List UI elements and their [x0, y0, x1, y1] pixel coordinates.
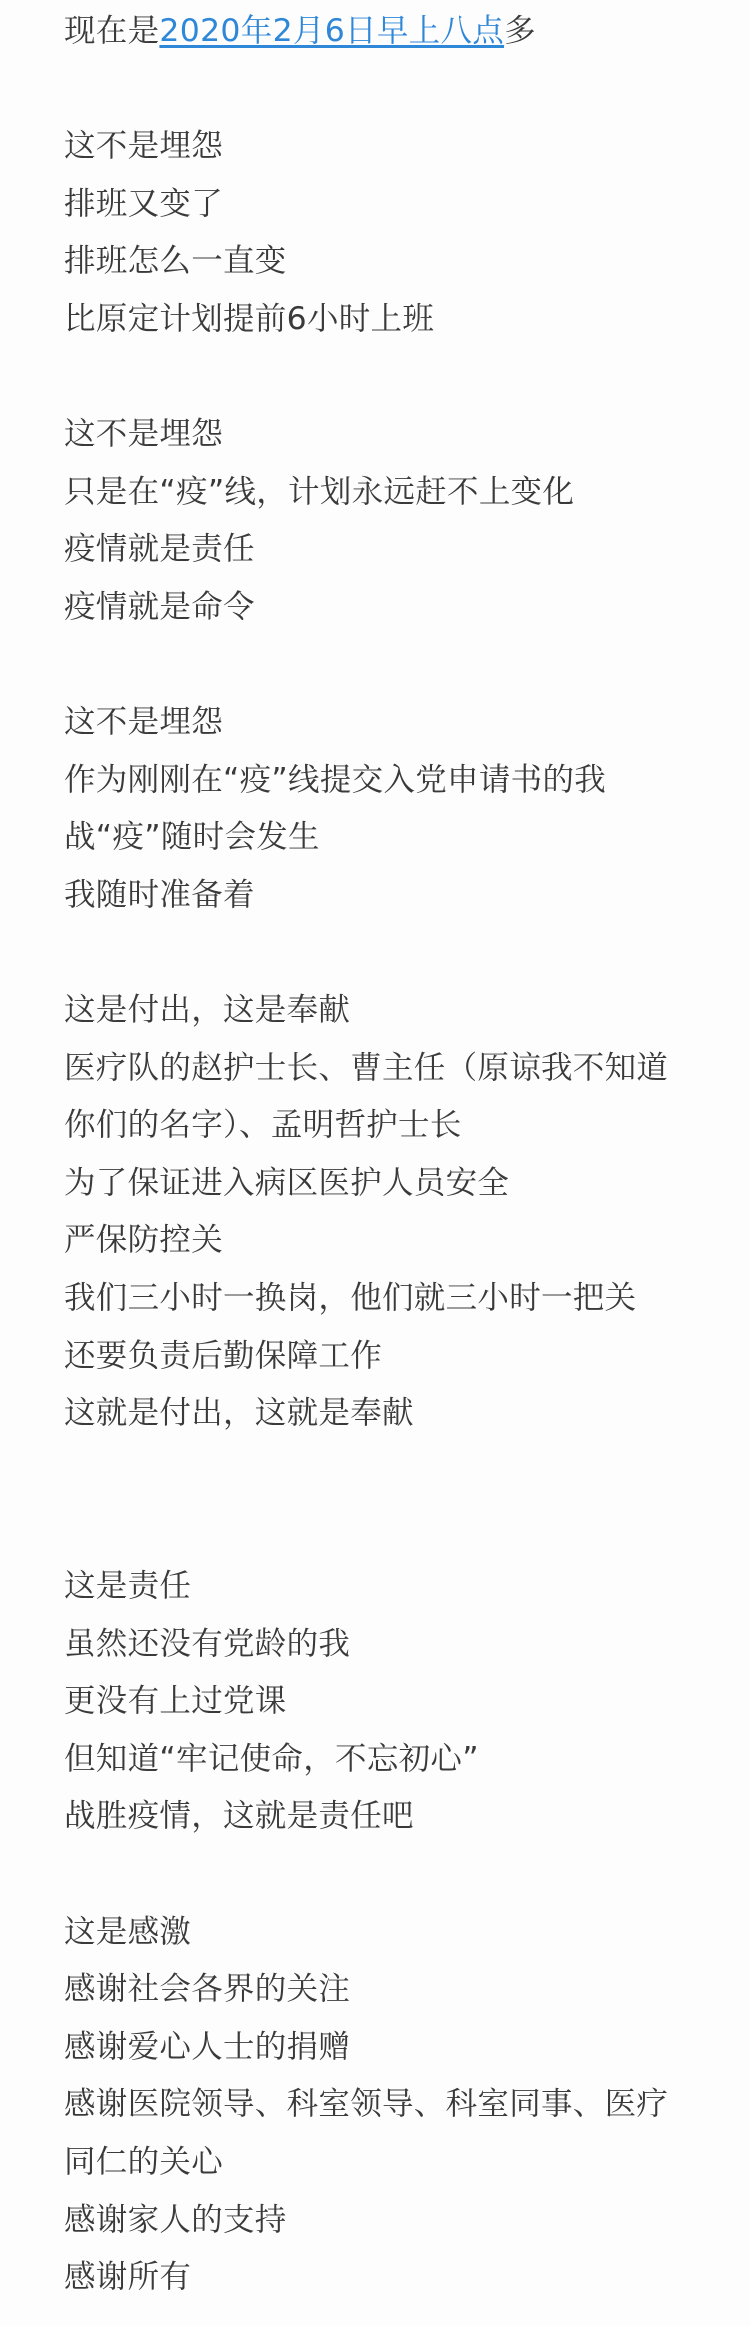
stanza-line: 这不是埋怨	[64, 406, 734, 464]
blank-line	[64, 925, 734, 983]
stanza-line: 虽然还没有党龄的我	[64, 1616, 734, 1674]
stanza-line: 感谢所有	[64, 2249, 734, 2307]
intro-suffix: 多	[504, 13, 536, 49]
stanza-5: 这是责任 虽然还没有党龄的我 更没有上过党课 但知道“牢记使命，不忘初心” 战胜…	[64, 1558, 734, 1846]
blank-line	[64, 637, 734, 695]
stanza-line: 疫情就是责任	[64, 521, 734, 579]
stanza-line: 只是在“疫”线，计划永远赶不上变化	[64, 464, 734, 522]
stanza-line: 作为刚刚在“疫”线提交入党申请书的我	[64, 752, 734, 810]
stanza-line: 这是付出，这是奉献	[64, 982, 734, 1040]
stanza-line: 感谢医院领导、科室领导、科室同事、医疗	[64, 2076, 734, 2134]
blank-line	[64, 349, 734, 407]
stanza-line: 感谢爱心人士的捐赠	[64, 2019, 734, 2077]
stanza-3: 这不是埋怨 作为刚刚在“疫”线提交入党申请书的我 战“疫”随时会发生 我随时准备…	[64, 694, 734, 924]
stanza-line: 我随时准备着	[64, 867, 734, 925]
intro-prefix: 现在是	[64, 13, 159, 49]
stanza-line: 这不是埋怨	[64, 694, 734, 752]
stanza-line: 严保防控关	[64, 1212, 734, 1270]
stanza-line: 你们的名字）、孟明哲护士长	[64, 1097, 734, 1155]
stanza-line: 我们三小时一换岗，他们就三小时一把关	[64, 1270, 734, 1328]
stanza-line: 这就是付出，这就是奉献	[64, 1385, 734, 1443]
stanza-line: 但知道“牢记使命，不忘初心”	[64, 1731, 734, 1789]
stanza-line: 战胜疫情，这就是责任吧	[64, 1788, 734, 1846]
stanza-line: 感谢家人的支持	[64, 2192, 734, 2250]
blank-line	[64, 1846, 734, 1904]
article-body: 现在是2020年2月6日早上八点多 这不是埋怨 排班又变了 排班怎么一直变 比原…	[64, 3, 734, 2307]
stanza-line: 还要负责后勤保障工作	[64, 1328, 734, 1386]
stanza-line: 更没有上过党课	[64, 1673, 734, 1731]
stanza-line: 战“疫”随时会发生	[64, 809, 734, 867]
blank-line	[64, 1443, 734, 1501]
stanza-6: 这是感激 感谢社会各界的关注 感谢爱心人士的捐赠 感谢医院领导、科室领导、科室同…	[64, 1904, 734, 2307]
stanza-line: 这是感激	[64, 1904, 734, 1962]
stanza-line: 疫情就是命令	[64, 579, 734, 637]
stanza-line: 医疗队的赵护士长、曹主任（原谅我不知道	[64, 1040, 734, 1098]
stanza-line: 比原定计划提前6小时上班	[64, 291, 734, 349]
stanza-1: 这不是埋怨 排班又变了 排班怎么一直变 比原定计划提前6小时上班	[64, 118, 734, 348]
stanza-line: 这是责任	[64, 1558, 734, 1616]
blank-line	[64, 1500, 734, 1558]
stanza-4: 这是付出，这是奉献 医疗队的赵护士长、曹主任（原谅我不知道 你们的名字）、孟明哲…	[64, 982, 734, 1443]
stanza-line: 同仁的关心	[64, 2134, 734, 2192]
stanza-line: 这不是埋怨	[64, 118, 734, 176]
date-link[interactable]: 2020年2月6日早上八点	[159, 13, 504, 49]
intro-line: 现在是2020年2月6日早上八点多	[64, 3, 734, 61]
stanza-line: 感谢社会各界的关注	[64, 1961, 734, 2019]
stanza-line: 排班怎么一直变	[64, 233, 734, 291]
stanza-line: 为了保证进入病区医护人员安全	[64, 1155, 734, 1213]
blank-line	[64, 61, 734, 119]
stanza-line: 排班又变了	[64, 176, 734, 234]
stanza-2: 这不是埋怨 只是在“疫”线，计划永远赶不上变化 疫情就是责任 疫情就是命令	[64, 406, 734, 636]
